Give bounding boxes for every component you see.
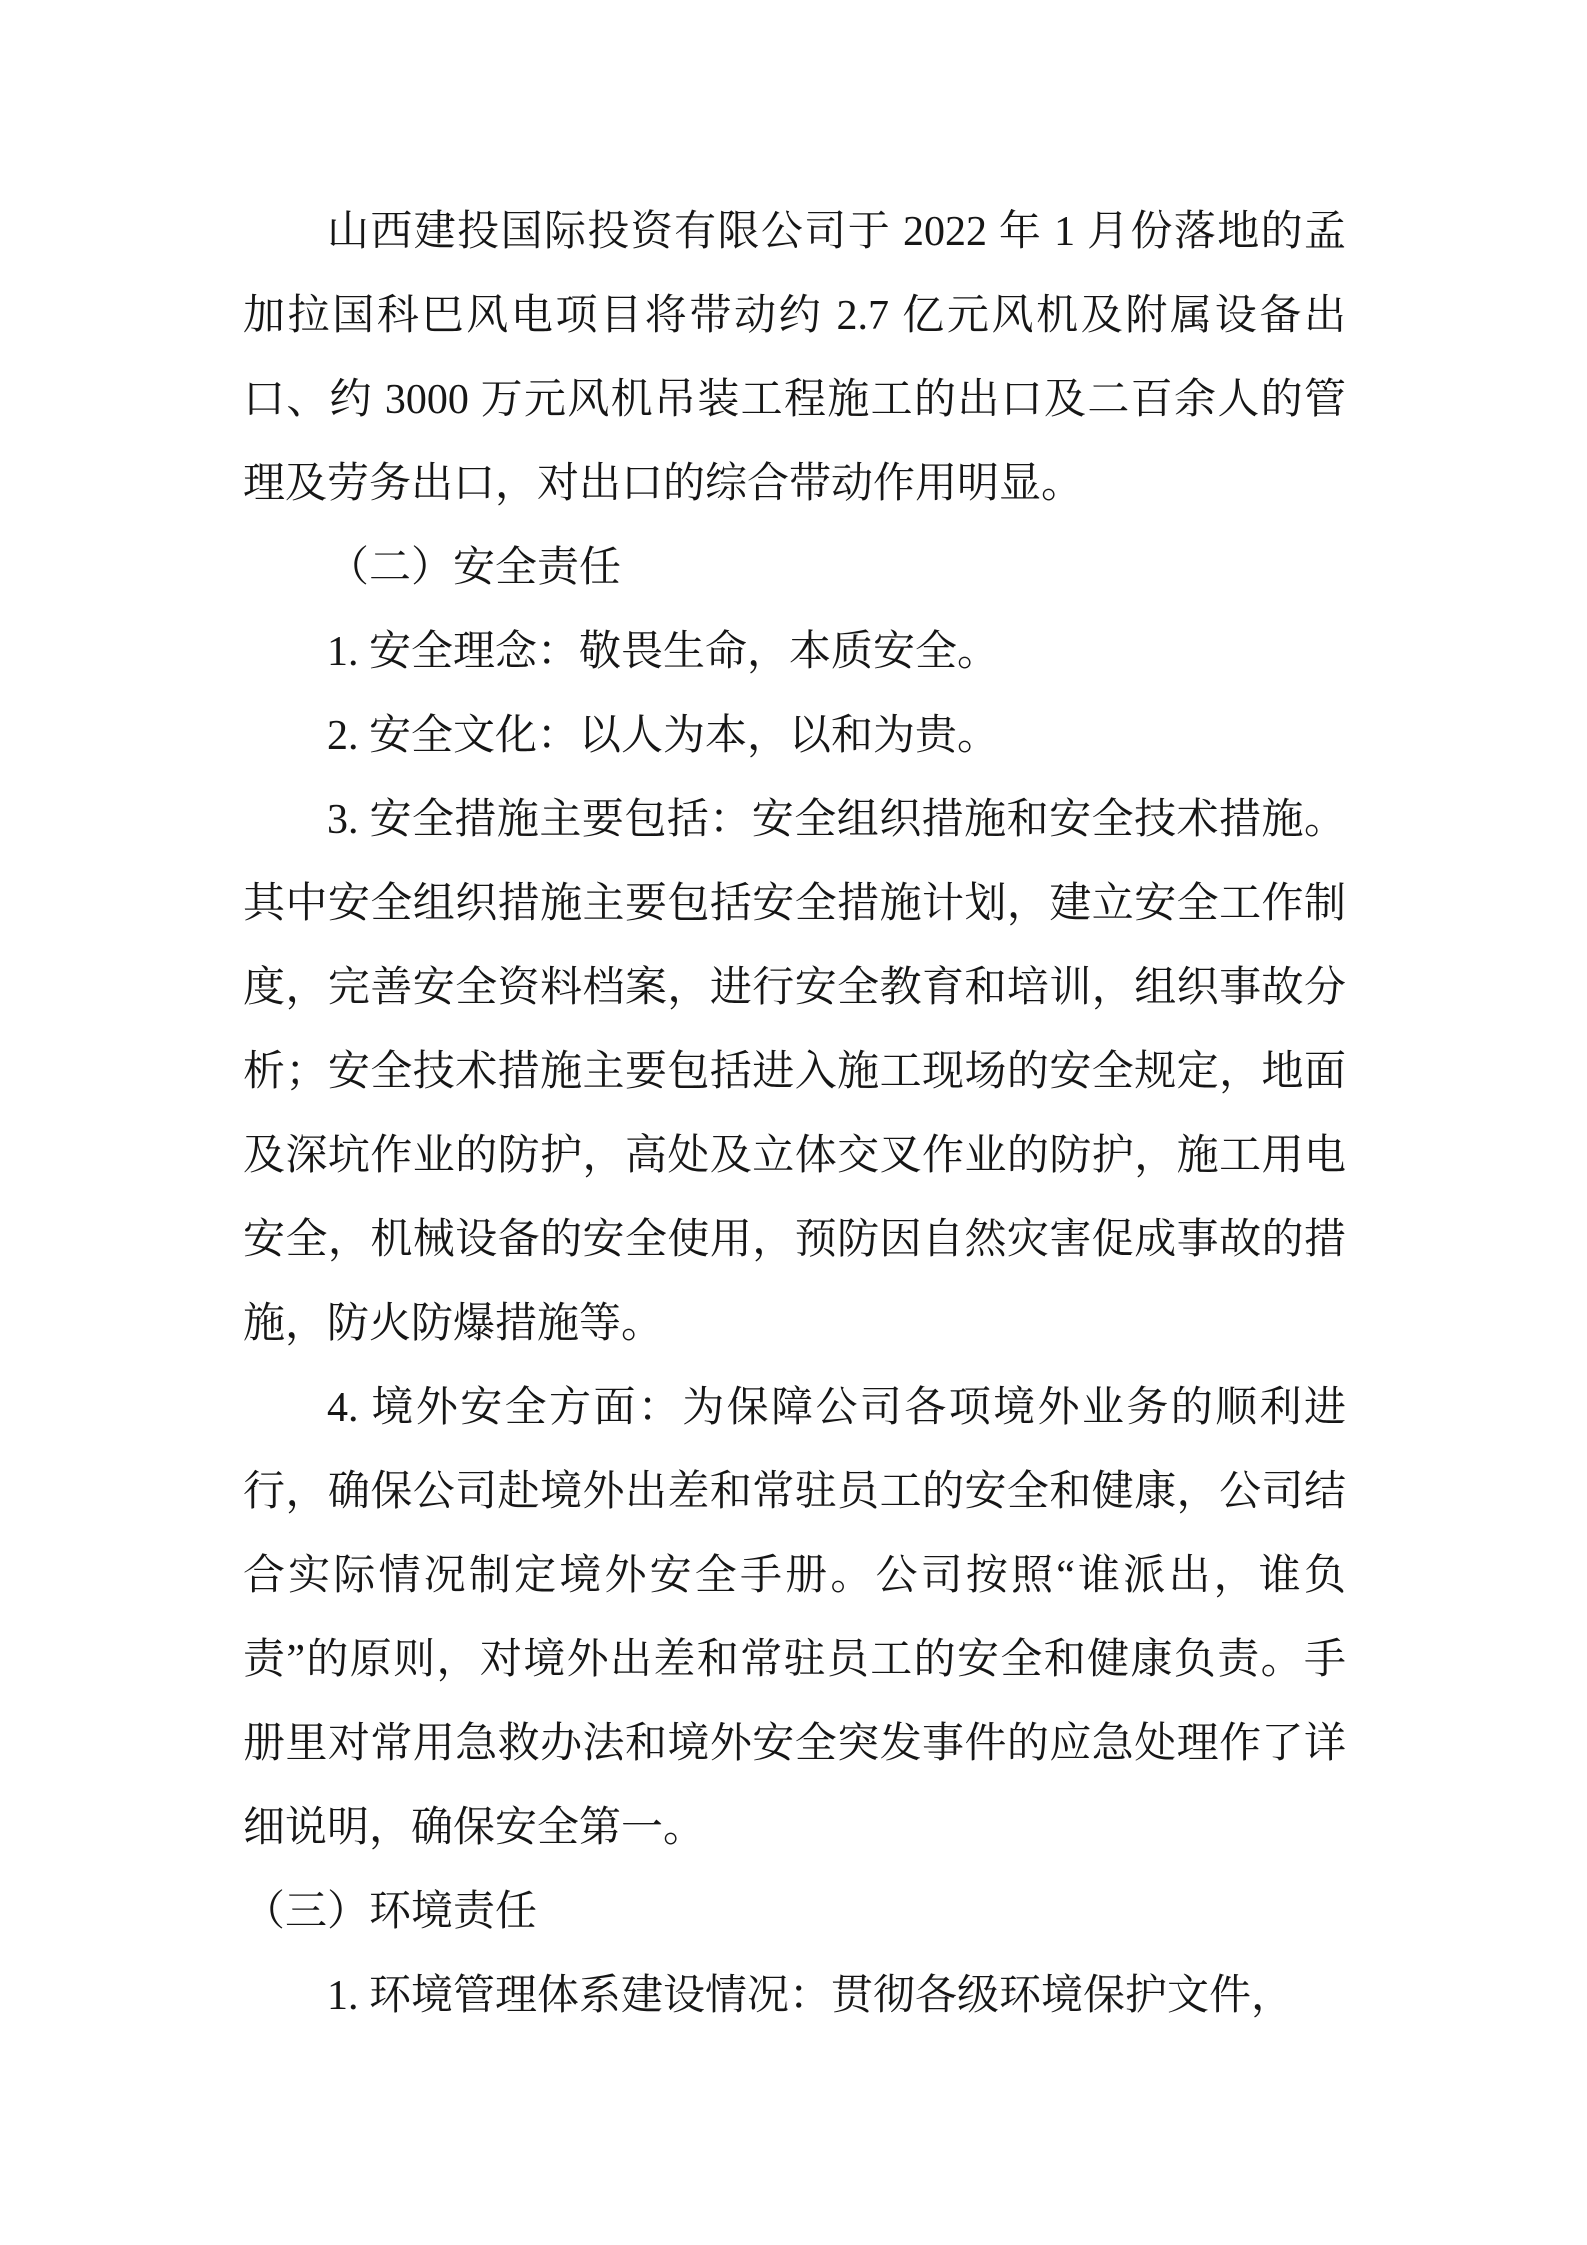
- para-safety-measures: 3. 安全措施主要包括：安全组织措施和安全技术措施。其中安全组织措施主要包括安全…: [243, 778, 1346, 1366]
- para-export-impact: 山西建投国际投资有限公司于 2022 年 1 月份落地的孟加拉国科巴风电项目将带…: [243, 190, 1346, 526]
- para-overseas-safety: 4. 境外安全方面：为保障公司各项境外业务的顺利进行，确保公司赴境外出差和常驻员…: [243, 1366, 1346, 1870]
- heading-safety-responsibility: （二）安全责任: [243, 526, 1346, 610]
- heading-environment-responsibility: （三）环境责任: [243, 1870, 1346, 1954]
- document-body: 山西建投国际投资有限公司于 2022 年 1 月份落地的孟加拉国科巴风电项目将带…: [243, 190, 1346, 2038]
- item-safety-culture: 2. 安全文化：以人为本，以和为贵。: [243, 694, 1346, 778]
- document-page: 山西建投国际投资有限公司于 2022 年 1 月份落地的孟加拉国科巴风电项目将带…: [0, 0, 1587, 2245]
- item-environment-management: 1. 环境管理体系建设情况：贯彻各级环境保护文件，: [243, 1954, 1346, 2038]
- item-safety-concept: 1. 安全理念：敬畏生命，本质安全。: [243, 610, 1346, 694]
